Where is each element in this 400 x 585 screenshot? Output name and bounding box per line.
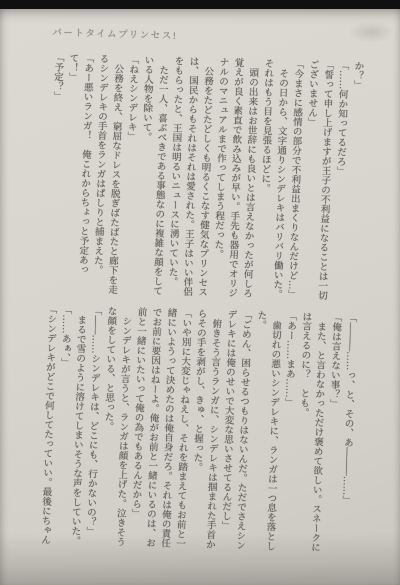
scanned-book-photo: パートタイムプリンセス! か？」「……何か知ってるだろ」「誓って申し上げますが王… bbox=[0, 0, 400, 585]
novel-text-block-bottom: 「―――……っ、と、その、あ―――……」「俺は言えない事？」 また、と言わなかっ… bbox=[37, 304, 359, 557]
running-head-title: パートタイムプリンセス! bbox=[52, 24, 177, 41]
book-page: パートタイムプリンセス! か？」「……何か知ってるだろ」「誓って申し上げますが王… bbox=[0, 7, 400, 585]
text-line: 頭の出来はお世辞にも良いとは言えなかったが何しろ覚えが良く素直で飲み込みが早い。… bbox=[209, 57, 261, 302]
page-content: パートタイムプリンセス! か？」「……何か知ってるだろ」「誓って申し上げますが王… bbox=[0, 0, 400, 585]
novel-text-block-top: か？」「……何か知ってるだろ」「誓って申し上げますが王子の不利益になることは一切… bbox=[44, 52, 366, 305]
text-line: 「いや別に大変じゃねえし、それを踏まえてもお前と一緒にいようって決めたのは俺自身… bbox=[127, 307, 194, 553]
page-corner-shadow bbox=[348, 21, 394, 43]
photo-dark-top-edge bbox=[0, 0, 400, 9]
text-line: 公務をたどたどしくも明るくこなす健気なプリンセスは、国民からもそれはそれは愛され… bbox=[164, 56, 216, 301]
